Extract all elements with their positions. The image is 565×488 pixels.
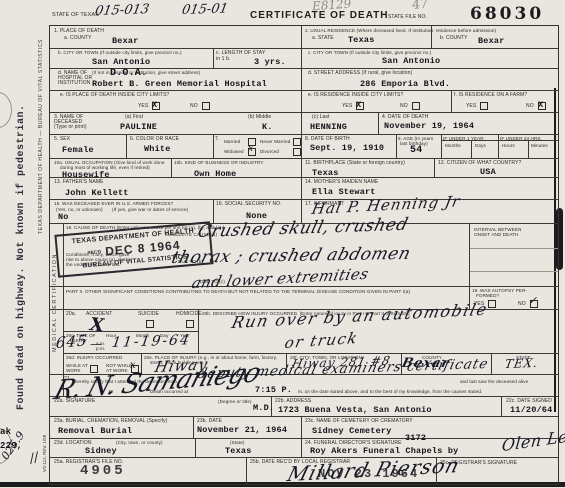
grid-line	[434, 158, 435, 177]
grid-line	[50, 48, 558, 49]
certificate-form: 1. PLACE OF DEATH a. COUNTY Bexar 2. USU…	[49, 25, 559, 485]
degree-label: (Degree or title)	[218, 399, 252, 405]
residence-limits-no-checkbox	[412, 102, 420, 110]
grid-line	[213, 48, 214, 68]
father-label: 13. FATHER'S NAME	[54, 179, 104, 185]
hospital-value: Robert B. Green Memorial Hospital	[92, 79, 267, 89]
grid-line	[498, 134, 499, 158]
funeral-director-signature: Olen Leach	[501, 422, 565, 455]
grid-line	[528, 140, 529, 158]
birthplace-label: 11. BIRTHPLACE (State or foreign country…	[305, 160, 405, 166]
suicide-checkbox	[146, 320, 154, 328]
widowed-mark: x	[248, 144, 253, 154]
pencil-note-right: 47	[411, 0, 429, 13]
grid-line	[213, 199, 214, 223]
grid-line	[50, 416, 558, 417]
residence-county-value: Bexar	[478, 36, 505, 46]
grid-line	[451, 90, 452, 112]
injury-description-line2: or truck	[283, 329, 360, 352]
residence-city-value: San Antonio	[382, 56, 440, 66]
ampm-strike-mark: —	[90, 337, 102, 351]
registrar-file-number: 4905	[80, 463, 126, 479]
residence-limits-label: e. IS RESIDENCE INSIDE CITY LIMITS?	[308, 92, 403, 98]
burial-label: 23a. BURIAL, CREMATION, REMOVAL (Specify…	[54, 418, 167, 424]
grid-line	[441, 134, 442, 158]
grid-line	[301, 26, 302, 223]
residence-state-label: a. STATE	[312, 35, 334, 41]
grid-line	[171, 158, 172, 177]
dob-value: Sept. 19, 1910	[310, 143, 384, 153]
autopsy-no-label: NO	[518, 301, 526, 307]
mother-label: 14. MOTHER'S MAIDEN NAME	[305, 179, 378, 185]
residence-limits-yes-mark: X	[356, 100, 361, 110]
grid-line	[50, 438, 558, 439]
grid-line	[469, 223, 470, 309]
grid-line	[471, 140, 472, 158]
name-label-3: (Type or print)	[54, 124, 87, 130]
last-name-value: HENNING	[310, 122, 347, 132]
grid-line	[50, 199, 558, 200]
never-married-checkbox	[293, 138, 301, 146]
date-signed-value: 11/20/64	[510, 405, 552, 415]
grid-line	[50, 112, 558, 113]
hours-label: Hours	[502, 143, 515, 149]
hospital-label-3: INSTITUTION	[58, 80, 91, 86]
divorced-label: Divorced	[260, 149, 279, 155]
residence-county-label: b. COUNTY	[440, 35, 468, 41]
business-label: 10b. KIND OF BUSINESS OR INDUSTRY	[174, 160, 264, 166]
citizen-value: USA	[480, 167, 496, 177]
divorced-checkbox	[293, 148, 301, 156]
cert-line-1b: and last saw the deceased alive	[460, 379, 528, 385]
widowed-label: Widowed	[224, 149, 244, 155]
grid-line	[63, 353, 558, 354]
dob-label: 8. DATE OF BIRTH	[305, 136, 350, 142]
place-limits-yes-mark: X	[152, 100, 157, 110]
cause-handwriting-line1: Crushed skull, crushed	[195, 215, 410, 243]
ssn-label: 16. SOCIAL SECURITY NO.	[216, 201, 282, 207]
grid-line	[246, 457, 247, 484]
grid-line	[378, 112, 379, 134]
cause-handwriting-line3: and lower extremities	[190, 265, 371, 292]
grid-line	[501, 396, 502, 416]
middle-name-label: (b) Middle	[248, 114, 271, 120]
grid-line	[50, 457, 558, 458]
citizen-label: 12. CITIZEN OF WHAT COUNTRY?	[438, 160, 521, 166]
grid-line	[396, 134, 397, 158]
marital-label: 7.	[215, 136, 219, 142]
grid-line	[195, 438, 196, 457]
margin-scribble-ak: ak	[0, 427, 11, 437]
race-value: White	[144, 144, 171, 154]
armed-forces-sub2: (If yes, give war or dates of service)	[112, 207, 188, 213]
signature-label: 22a. SIGNATURE	[54, 398, 95, 404]
manner-label: 20a.	[66, 311, 76, 317]
interval-label-2: ONSET AND DEATH	[474, 232, 518, 238]
burial-date-label: 23b. DATE	[197, 418, 222, 424]
place-of-death-label: 1. PLACE OF DEATH	[54, 28, 104, 34]
injury-description-line1: Run over by an automobile	[230, 299, 490, 332]
md-value: M.D.	[253, 403, 274, 413]
age-value: 54	[410, 145, 422, 156]
grid-line	[469, 271, 558, 272]
date-of-death-label: 4. DATE OF DEATH	[382, 114, 428, 120]
middle-name-value: K.	[262, 122, 273, 132]
last-name-label: (c) Last	[312, 114, 329, 120]
business-value: Own Home	[194, 169, 236, 179]
no-label: NO	[190, 103, 198, 109]
place-city-value: San Antonio	[92, 57, 150, 67]
death-certificate-scan: Found dead on highway. Not known if pede…	[0, 0, 565, 488]
burial-city-value: Sidney	[85, 446, 117, 456]
injury-occurred-label: 20d. INJURY OCCURRED	[66, 355, 122, 361]
grid-line	[50, 158, 558, 159]
state-file-number: 68030	[470, 4, 544, 24]
residence-city-label: c. CITY OR TOWN (If outside city limits,…	[308, 50, 431, 56]
armed-forces-value: No	[58, 212, 69, 222]
farm-no-mark: X	[538, 100, 543, 110]
place-limits-label: e. IS PLACE OF DEATH INSIDE CITY LIMITS?	[60, 92, 169, 98]
injury-date-value: 11-19-64	[111, 332, 192, 351]
burial-state-value: Texas	[225, 446, 252, 456]
place-county-value: Bexar	[112, 36, 139, 46]
grid-line	[301, 438, 302, 457]
yes-label: YES	[342, 103, 352, 109]
never-married-label: Never Married	[260, 139, 290, 145]
state-file-no-label: STATE FILE NO.	[388, 14, 427, 20]
birthplace-value: Texas	[312, 168, 339, 178]
autopsy-no-mark: ✓	[528, 294, 537, 307]
part-2-label: PART II. OTHER SIGNIFICANT CONDITIONS CO…	[66, 289, 410, 295]
race-label: 6. COLOR OR RACE	[130, 136, 179, 142]
place-limits-no-checkbox	[202, 102, 210, 110]
days-label: Days	[475, 143, 486, 149]
street-address-label: d. STREET ADDRESS (If rural, give locati…	[308, 70, 412, 76]
under-1-year-label: IF UNDER 1 YEAR	[443, 136, 484, 142]
cemetery-number: 3172	[405, 433, 426, 443]
doa-annotation: D.O.A.	[110, 68, 147, 79]
address-value: 1723 Buena Vesta, San Antonio	[278, 405, 432, 415]
state-of-texas-label: STATE OF TEXAS	[52, 12, 99, 19]
street-address-value: 286 Emporia Blvd.	[360, 79, 450, 89]
address-label: 22b. ADDRESS	[275, 398, 311, 404]
grid-line	[193, 416, 194, 438]
grid-line	[469, 248, 558, 249]
death-time-value: 7:15 P.	[255, 385, 292, 395]
cert-line-2c: m. on the date stated above, and to the …	[298, 389, 482, 395]
burial-location-sub2: (State)	[230, 440, 245, 446]
injury-state-value: TEX.	[504, 356, 540, 371]
grid-line	[301, 416, 302, 438]
margin-annotation-note: Found dead on highway. Not known if pede…	[16, 104, 27, 410]
burial-value: Removal Burial	[58, 426, 132, 436]
injury-time-value: 645	[55, 331, 88, 352]
no-label: NO	[400, 103, 408, 109]
married-label: Married	[224, 139, 240, 145]
father-value: John Kellett	[65, 188, 129, 198]
stamp-recd: REC'D	[87, 249, 101, 255]
under-24-hrs-label: IF UNDER 24 HRS.	[500, 136, 542, 142]
hole-punch-mark	[0, 92, 12, 128]
place-county-label: a. COUNTY	[64, 35, 92, 41]
no-label: NO	[526, 103, 534, 109]
mother-value: Ella Stewart	[312, 187, 376, 197]
minutes-label: Minutes	[531, 143, 548, 149]
date-of-death-value: November 19, 1964	[384, 121, 474, 131]
handwritten-code-1: 015-013	[94, 2, 151, 19]
residence-state-value: Texas	[348, 35, 375, 45]
margin-scribble-11: //	[28, 450, 40, 467]
yes-label: YES	[466, 103, 476, 109]
cemetery-label: 23c. NAME OF CEMETERY OR CREMATORY	[305, 418, 413, 424]
grid-line	[213, 134, 214, 158]
yes-label: YES	[138, 103, 148, 109]
length-of-stay-value: 3 yrs.	[254, 57, 286, 67]
margin-form-number: VS-112, REV. 1/58	[42, 435, 47, 472]
margin-department-text: TEXAS DEPARTMENT OF HEALTH — BUREAU OF V…	[38, 39, 44, 234]
autopsy-label-2: FORMED?	[476, 293, 499, 299]
handwritten-code-2: 015-01	[181, 1, 229, 18]
cemetery-value: Sidney Cemetery	[312, 426, 392, 436]
armed-forces-label: 15. WAS DECEASED EVER IN U.S. ARMED FORC…	[54, 201, 173, 207]
residence-label: 2. USUAL RESIDENCE (Where deceased lived…	[305, 28, 496, 34]
sex-value: Female	[62, 145, 94, 155]
while-at-work-label-2: WORK	[66, 368, 81, 374]
length-of-stay-label2: in 1 b.	[216, 56, 230, 62]
homicide-checkbox	[186, 320, 194, 328]
first-name-label: (a) First	[125, 114, 143, 120]
burial-date-value: November 21, 1964	[197, 425, 287, 435]
grid-line	[50, 90, 558, 91]
place-city-label: b. CITY OR TOWN (If outside city limits,…	[58, 50, 182, 56]
suicide-label: SUICIDE	[138, 311, 159, 317]
grid-line	[126, 134, 127, 158]
burial-location-sub1: (City, town, or county)	[116, 440, 163, 446]
sex-label: 5. SEX	[54, 136, 70, 142]
date-signed-label: 22c. DATE SIGNED	[506, 398, 552, 404]
homicide-label: HOMICIDE	[176, 311, 202, 317]
grid-line	[50, 177, 558, 178]
months-label: Months	[445, 143, 461, 149]
farm-yes-checkbox	[480, 102, 488, 110]
grid-line	[491, 353, 492, 374]
farm-label: f. IS RESIDENCE ON A FARM?	[454, 92, 527, 98]
first-name-value: PAULINE	[120, 122, 157, 132]
